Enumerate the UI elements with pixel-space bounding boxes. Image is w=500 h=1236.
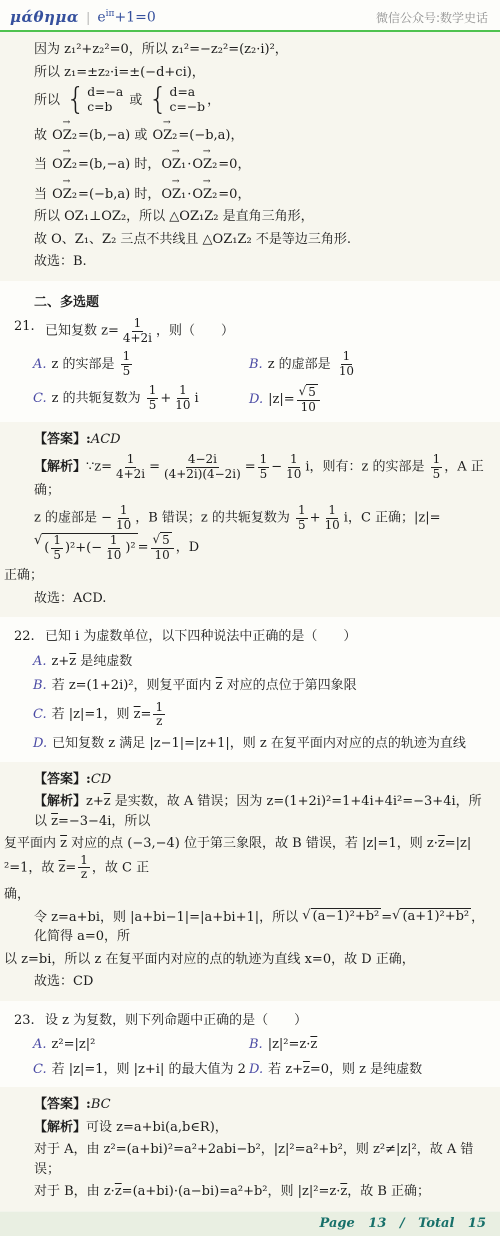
option-text: z+z 是纯虚数: [52, 654, 133, 669]
header-brand: μάθημα | eiπ+1=0: [10, 8, 156, 26]
option-c: C.若 |z|=1，则 z=1z: [0, 701, 494, 729]
analysis-line: 复平面内 z 对应的点 (−3,−4) 位于第三象限，故 B 错误，若 |z|=…: [0, 834, 494, 882]
option-letter: D.: [249, 1062, 263, 1077]
option-c: C.若 |z|=1，则 |z+i| 的最大值为 2: [33, 1060, 249, 1080]
option-a: A.z 的实部是 15: [33, 350, 249, 378]
option-d: D.已知复数 z 满足 |z−1|=|z+1|，则 z 在复平面内对应的点的轨迹…: [0, 734, 494, 754]
question-21-block: 二、多选题 21. 已知复数 z=14+2i，则（ ） A.z 的实部是 15 …: [0, 281, 500, 423]
option-b: B.z 的虚部是 110: [249, 350, 494, 378]
answer-choice-line: 故选：B.: [0, 252, 494, 272]
analysis-line: 确，: [0, 885, 494, 905]
q21-answer-block: 【答案】:ACD 【解析】∵z=14+2i=4−2i(4+2i)(4−2i)=1…: [0, 422, 500, 617]
answer-line: 【答案】:BC: [0, 1095, 494, 1115]
analysis-line: 对于 B，由 z·z=(a+bi)·(a−bi)=a²+b²，则 |z|²=z·…: [0, 1182, 494, 1202]
question-22-options: A.z+z 是纯虚数 B.若 z=(1+2i)²，则复平面内 z 对应的点位于第…: [0, 652, 494, 754]
question-stem: 已知复数 z=14+2i，则（ ）: [45, 317, 494, 345]
option-text: z 的实部是 15: [52, 357, 135, 372]
option-text: 若 |z|=1，则 z=1z: [52, 707, 167, 722]
question-number: 22.: [14, 627, 45, 647]
question-22-block: 22. 已知 i 为虚数单位，以下四种说法中正确的是（ ） A.z+z 是纯虚数…: [0, 617, 500, 761]
answer-label: 【答案】:: [34, 772, 91, 787]
answer-choice-line: 故选：ACD.: [0, 589, 494, 609]
question-21: 21. 已知复数 z=14+2i，则（ ）: [0, 317, 494, 345]
solution-line: 所以 OZ₁⊥OZ₂，所以 △OZ₁Z₂ 是直角三角形，: [0, 207, 494, 227]
solution-line: 故 →OZ₂=(b,−a) 或 →OZ₂=(−b,a)，: [0, 119, 494, 146]
option-text: 已知复数 z 满足 |z−1|=|z+1|，则 z 在复平面内对应的点的轨迹为直…: [52, 736, 466, 751]
question-stem: 设 z 为复数，则下列命题中正确的是（ ）: [45, 1011, 494, 1031]
question-22: 22. 已知 i 为虚数单位，以下四种说法中正确的是（ ）: [0, 627, 494, 647]
answer-line: 【答案】:ACD: [0, 430, 494, 450]
option-text: 若 z+z=0，则 z 是纯虚数: [268, 1062, 422, 1077]
option-b: B.若 z=(1+2i)²，则复平面内 z 对应的点位于第四象限: [0, 676, 494, 696]
analysis-line: 令 z=a+bi，则 |a+bi−1|=|a+bi+1|，所以 √(a−1)²+…: [0, 908, 494, 947]
option-c: C.z 的共轭复数为 15+110i: [33, 384, 249, 415]
option-text: z²=|z|²: [52, 1037, 96, 1052]
option-b: B.|z|²=z·z: [249, 1035, 494, 1055]
page-indicator: Page 13 / Total 15: [320, 1216, 486, 1231]
question-23-block: 23. 设 z 为复数，则下列命题中正确的是（ ） A.z²=|z|² B.|z…: [0, 1001, 500, 1088]
option-letter: C.: [33, 391, 47, 406]
option-letter: A.: [33, 654, 47, 669]
option-d: D.|z|=√510: [249, 384, 494, 415]
option-a: A.z²=|z|²: [33, 1035, 249, 1055]
brand-logo: μάθημα: [10, 8, 79, 26]
solution-line: 所以 {d=−ac=b 或 {d=ac=−b，: [0, 85, 494, 116]
option-letter: B.: [33, 678, 47, 693]
option-text: z 的虚部是 110: [268, 357, 358, 372]
question-stem: 已知 i 为虚数单位，以下四种说法中正确的是（ ）: [45, 627, 494, 647]
option-a: A.z+z 是纯虚数: [0, 652, 494, 672]
option-text: |z|=√510: [268, 392, 322, 407]
answer-value: ACD: [91, 432, 121, 447]
option-letter: D.: [249, 392, 263, 407]
answer-label: 【答案】:: [34, 432, 91, 447]
solution-line: 所以 z₁=±z₂·i=±(−d+ci)，: [0, 63, 494, 83]
solution-line: 当 →OZ₂=(−b,a) 时，→OZ₁·→OZ₂=0，: [0, 178, 494, 205]
analysis-line: 【解析】∵z=14+2i=4−2i(4+2i)(4−2i)=15−110i，则有…: [0, 453, 494, 501]
analysis-line: 【解析】z+z 是实数，故 A 错误；因为 z=(1+2i)²=1+4i+4i²…: [0, 792, 494, 831]
analysis-line: 正确；: [0, 566, 494, 586]
answer-line: 【答案】:CD: [0, 770, 494, 790]
page-header: μάθημα | eiπ+1=0 微信公众号:数学史话: [0, 0, 500, 32]
solution-line: 当 →OZ₂=(b,−a) 时，→OZ₁·→OZ₂=0，: [0, 148, 494, 175]
q20-solution-block: 因为 z₁²+z₂²=0，所以 z₁²=−z₂²=(z₂·i)²， 所以 z₁=…: [0, 32, 500, 281]
analysis-line: 【解析】可设 z=a+bi(a,b∈R)，: [0, 1118, 494, 1138]
option-letter: A.: [33, 1037, 47, 1052]
answer-value: BC: [91, 1097, 111, 1112]
analysis-line: 以 z=bi，所以 z 在复平面内对应的点的轨迹为直线 x=0，故 D 正确，: [0, 950, 494, 970]
q22-answer-block: 【答案】:CD 【解析】z+z 是实数，故 A 错误；因为 z=(1+2i)²=…: [0, 762, 500, 1001]
section-title: 二、多选题: [0, 291, 494, 310]
q23-answer-block: 【答案】:BC 【解析】可设 z=a+bi(a,b∈R)， 对于 A，由 z²=…: [0, 1087, 500, 1211]
answer-label: 【答案】:: [34, 1097, 91, 1112]
solution-line: 故 O、Z₁、Z₂ 三点不共线且 △OZ₁Z₂ 不是等边三角形.: [0, 230, 494, 250]
option-text: |z|²=z·z: [268, 1037, 318, 1052]
euler-formula: eiπ+1=0: [97, 9, 155, 26]
question-number: 23.: [14, 1011, 45, 1031]
page-footer: Page 13 / Total 15: [0, 1211, 500, 1236]
option-letter: B.: [249, 357, 263, 372]
analysis-line: 对于 A，由 z²=(a+bi)²=a²+2abi−b²，|z|²=a²+b²，…: [0, 1140, 494, 1179]
option-letter: A.: [33, 357, 47, 372]
answer-choice-line: 故选：CD: [0, 972, 494, 992]
option-text: 若 z=(1+2i)²，则复平面内 z 对应的点位于第四象限: [52, 678, 357, 693]
question-21-options: A.z 的实部是 15 B.z 的虚部是 110 C.z 的共轭复数为 15+1…: [0, 350, 494, 414]
option-d: D.若 z+z=0，则 z 是纯虚数: [249, 1060, 494, 1080]
option-letter: D.: [33, 736, 47, 751]
option-letter: B.: [249, 1037, 263, 1052]
answer-value: CD: [91, 772, 111, 787]
question-23: 23. 设 z 为复数，则下列命题中正确的是（ ）: [0, 1011, 494, 1031]
solution-line: 因为 z₁²+z₂²=0，所以 z₁²=−z₂²=(z₂·i)²，: [0, 40, 494, 60]
question-number: 21.: [14, 317, 45, 345]
wechat-account-label: 微信公众号:数学史话: [376, 9, 488, 26]
analysis-line: z 的虚部是 −110，B 错误；z 的共轭复数为 15+110i，C 正确；|…: [0, 504, 494, 563]
option-letter: C.: [33, 1062, 47, 1077]
header-divider: |: [86, 11, 90, 26]
question-23-options: A.z²=|z|² B.|z|²=z·z C.若 |z|=1，则 |z+i| 的…: [0, 1035, 494, 1079]
option-text: z 的共轭复数为 15+110i: [52, 391, 199, 406]
option-letter: C.: [33, 707, 47, 722]
document-page: μάθημα | eiπ+1=0 微信公众号:数学史话 因为 z₁²+z₂²=0…: [0, 0, 500, 1236]
option-text: 若 |z|=1，则 |z+i| 的最大值为 2: [52, 1062, 246, 1077]
